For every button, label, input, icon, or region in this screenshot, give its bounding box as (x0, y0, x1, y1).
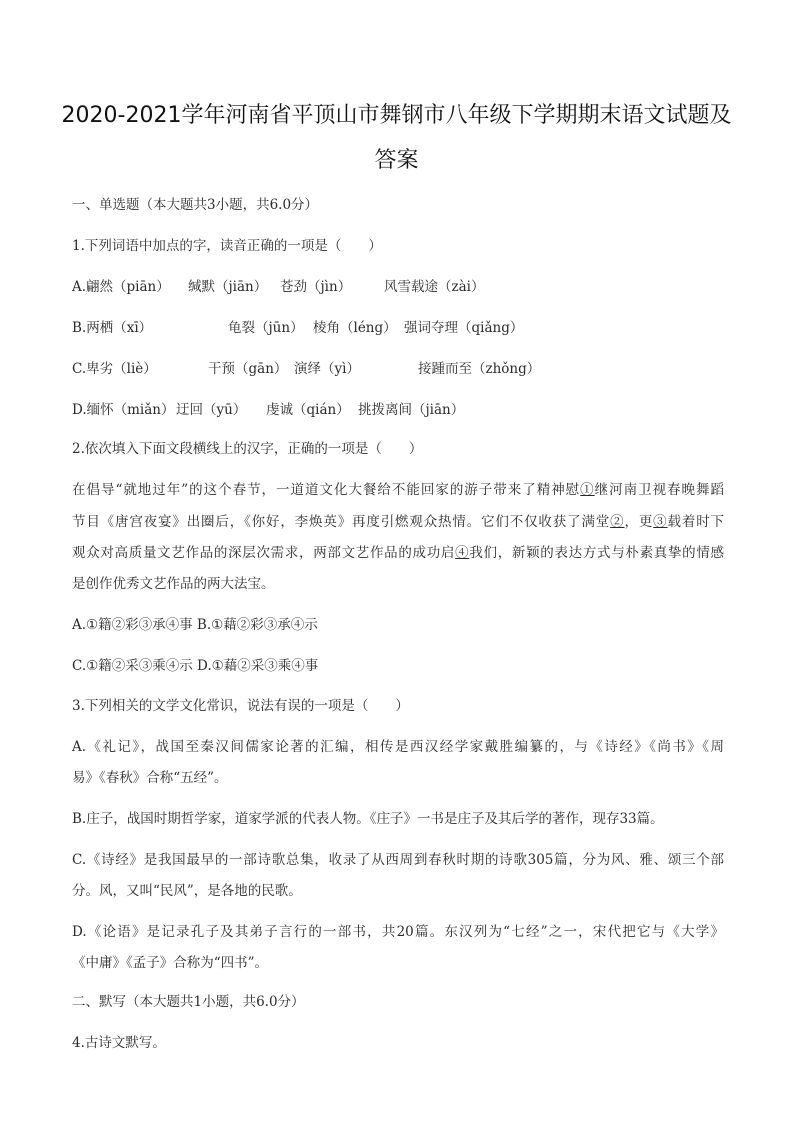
section1-heading: 一、单选题（本大题共3小题，共6.0分） (72, 193, 318, 213)
q1-a-item1: A.翩然（piān） (72, 275, 170, 295)
q3-c-line1: C.《诗经》是我国最早的一部诗歌总集，收录了从西周到春秋时期的诗歌305篇，分为… (72, 848, 724, 868)
q2-options-ab: A.①籍②彩③承④事 B.①藉②彩③承④示 (72, 613, 318, 633)
q2-options-cd: C.①籍②采③乘④示 D.①藉②采③乘④事 (72, 654, 318, 674)
q1-c-item4: 接踵而至（zhǒng） (418, 357, 540, 377)
blank-2: ② (610, 514, 624, 530)
q2-stem: 2.依次填入下面文段横线上的汉字，正确的一项是（ ） (72, 437, 422, 457)
q1-a-item2: 缄默（jiān） (188, 275, 267, 295)
passage-text: 载着时下 (668, 514, 725, 530)
q3-a-line2: 易》《春秋》合称“五经”。 (72, 766, 724, 786)
q3-b-line1: B.庄子，战国时期哲学家，道家学派的代表人物。《庄子》一书是庄子及其后学的著作，… (72, 807, 724, 827)
document-title-line1: 2020-2021学年河南省平顶山市舞钢市八年级下学期期末语文试题及 (0, 98, 793, 129)
q4-stem: 4.古诗文默写。 (72, 1031, 166, 1051)
q2-passage-line4: 是创作优秀文艺作品的两大法宝。 (72, 572, 724, 592)
passage-text: 我们，新颖的表达方式与朴素真挚的情感 (469, 545, 724, 561)
q1-a-item4: 风雪载途（zài） (384, 275, 484, 295)
passage-text: 观众对高质量文艺作品的深层次需求，两部文艺作品的成功启 (72, 545, 455, 561)
q3-d-line1: D.《论语》是记录孔子及其弟子言行的一部书，共20篇。东汉列为“七经”之一，宋代… (72, 920, 724, 940)
q3-stem: 3.下列相关的文学文化常识，说法有误的一项是（ ） (72, 694, 409, 714)
q2-passage-line2: 节目《唐宫夜宴》出圈后，《你好，李焕英》再度引燃观众热情。它们不仅收获了满堂②，… (72, 510, 724, 530)
q2-passage-line3: 观众对高质量文艺作品的深层次需求，两部文艺作品的成功启④我们，新颖的表达方式与朴… (72, 541, 724, 561)
q1-c-item3: 演绎（yì） (294, 357, 360, 377)
section2-heading: 二、默写（本大题共1小题，共6.0分） (72, 990, 305, 1010)
passage-text: 继河南卫视春晚舞蹈 (595, 482, 724, 498)
blank-4: ④ (455, 545, 469, 561)
q3-a-line1: A.《礼记》，战国至秦汉间儒家论著的汇编，相传是西汉经学家戴胜编纂的，与《诗经》… (72, 735, 724, 755)
q1-c-item1: C.卑劣（liè） (72, 357, 157, 377)
q2-passage-line1: 在倡导“就地过年”的这个春节，一道道文化大餐给不能回家的游子带来了精神慰①继河南… (72, 478, 724, 498)
q1-b-item4: 强词夺理（qiǎng） (404, 316, 523, 336)
q1-c-item2: 干预（gān） (208, 357, 287, 377)
q1-d-item3: 虔诚（qián） (266, 398, 350, 418)
q1-a-item3: 苍劲（jìn） (280, 275, 351, 295)
q1-d-item1: D.缅怀（miǎn） (72, 398, 175, 418)
passage-text: 节目《唐宫夜宴》出圈后，《你好，李焕英》再度引燃观众热情。它们不仅收获了满堂 (72, 514, 610, 530)
passage-text: ，更 (624, 514, 653, 530)
q1-b-item2: 龟裂（jūn） (228, 316, 304, 336)
blank-3: ③ (653, 514, 667, 530)
q1-b-item1: B.两栖（xī） (72, 316, 152, 336)
q3-c-line2: 分。风，又叫“民风”，是各地的民歌。 (72, 879, 724, 899)
q1-stem: 1.下列词语中加点的字，读音正确的一项是（ ） (72, 234, 382, 254)
q1-b-item3: 棱角（léng） (313, 316, 397, 336)
blank-1: ① (580, 482, 594, 498)
passage-text: 在倡导“就地过年”的这个春节，一道道文化大餐给不能回家的游子带来了精神慰 (72, 482, 580, 498)
document-title-line2: 答案 (0, 143, 793, 174)
q1-d-item4: 挑拨离间（jiān） (358, 398, 464, 418)
q3-d-line2: 《中庸》《孟子》合称为“四书”。 (72, 951, 724, 971)
q1-d-item2: 迂回（yū） (176, 398, 246, 418)
